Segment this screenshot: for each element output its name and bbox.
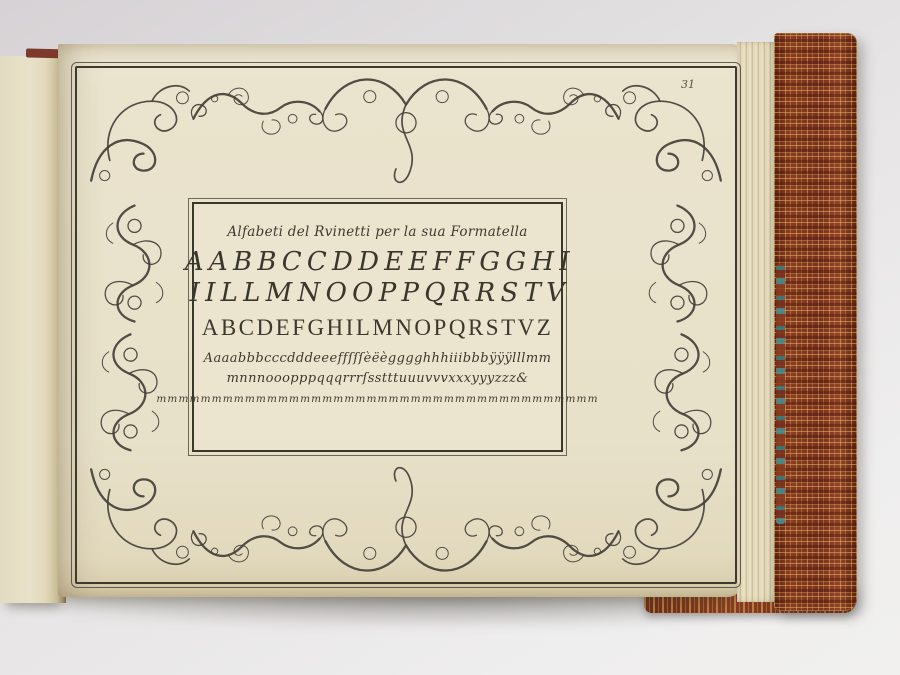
flourish-right-band — [649, 206, 711, 451]
flourish-left-band — [101, 206, 163, 451]
alphabet-line-lowercase-1: Aaaabbbcccdddeeeffſſſèëègggghhhiiibbbÿÿÿ… — [204, 351, 552, 366]
alphabet-specimen-frame: Alfabeti del Rvinetti per la sua Formate… — [192, 202, 563, 452]
photo-of-open-calligraphy-book: 31 Alfabeti del Rvinetti per la sua Form… — [0, 0, 900, 675]
alphabet-line-script-capitals-1: A A B B C C D D E E F F G G H I — [185, 247, 570, 278]
alphabet-line-roman-capitals: ABCDEFGHILMNOPQRSTVZ — [202, 315, 554, 341]
gilt-tooled-binding — [774, 33, 857, 611]
left-page-block — [0, 56, 66, 603]
alphabet-line-minims: mmmmmmmmmmmmmmmmmmmmmmmmmmmmmmmmmmmmmmmm — [156, 393, 598, 405]
page-number: 31 — [681, 78, 695, 91]
engraved-plate-border: 31 Alfabeti del Rvinetti per la sua Form… — [75, 66, 737, 584]
alphabet-line-script-capitals-2: I I L L M N O O P P Q R R S T V — [190, 278, 566, 309]
plate-title: Alfabeti del Rvinetti per la sua Formate… — [227, 224, 527, 240]
flourish-top-band — [91, 79, 721, 182]
alphabet-line-lowercase-2: mnnnooopppqqqrrrſsstttuuuvvvxxxyyyzzz& — [227, 371, 529, 386]
flourish-bottom-band — [91, 468, 721, 571]
